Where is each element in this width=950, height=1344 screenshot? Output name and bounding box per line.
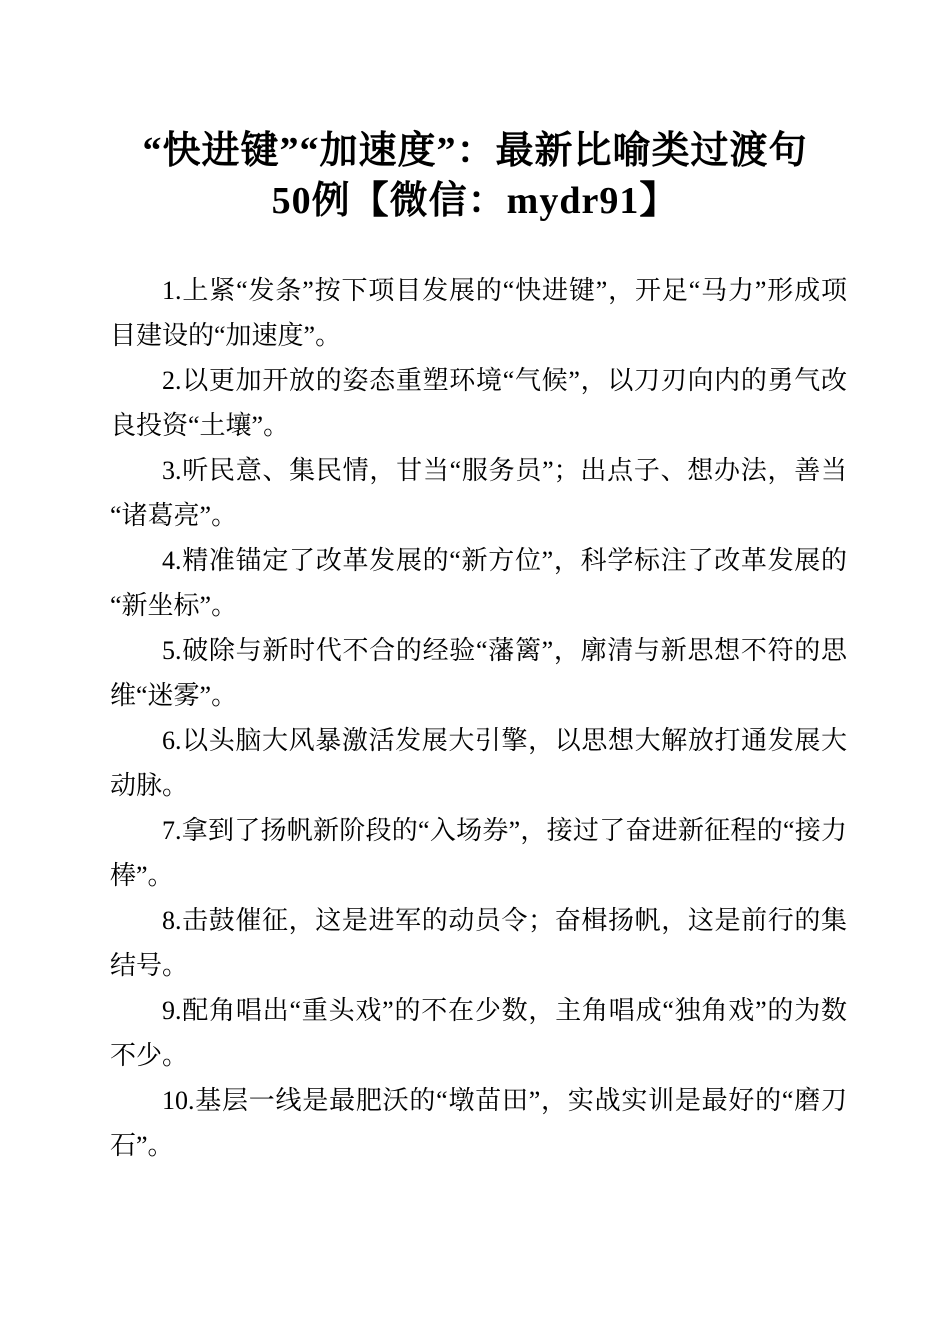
paragraph: 10.基层一线是最肥沃的“墩苗田”，实战实训是最好的“磨刀石”。 [110,1078,847,1168]
document-title-line-2: 50例【微信：mydr91】 [90,176,860,226]
paragraph: 3.听民意、集民情，甘当“服务员”；出点子、想办法，善当“诸葛亮”。 [110,448,847,538]
paragraph: 5.破除与新时代不合的经验“藩篱”，廓清与新思想不符的思维“迷雾”。 [110,628,847,718]
paragraph: 6.以头脑大风暴激活发展大引擎，以思想大解放打通发展大动脉。 [110,718,847,808]
paragraph: 1.上紧“发条”按下项目发展的“快进键”，开足“马力”形成项目建设的“加速度”。 [110,268,847,358]
paragraph: 2.以更加开放的姿态重塑环境“气候”，以刀刃向内的勇气改良投资“土壤”。 [110,358,847,448]
document-page: “快进键”“加速度”：最新比喻类过渡句 50例【微信：mydr91】 1.上紧“… [0,0,950,1344]
paragraph: 7.拿到了扬帆新阶段的“入场券”，接过了奋进新征程的“接力棒”。 [110,808,847,898]
paragraph: 8.击鼓催征，这是进军的动员令；奋楫扬帆，这是前行的集结号。 [110,898,847,988]
paragraph-list: 1.上紧“发条”按下项目发展的“快进键”，开足“马力”形成项目建设的“加速度”。… [110,268,847,1168]
paragraph: 4.精准锚定了改革发展的“新方位”，科学标注了改革发展的“新坐标”。 [110,538,847,628]
document-title-line-1: “快进键”“加速度”：最新比喻类过渡句 [90,126,860,176]
document-title: “快进键”“加速度”：最新比喻类过渡句 50例【微信：mydr91】 [0,0,950,226]
paragraph: 9.配角唱出“重头戏”的不在少数，主角唱成“独角戏”的为数不少。 [110,988,847,1078]
